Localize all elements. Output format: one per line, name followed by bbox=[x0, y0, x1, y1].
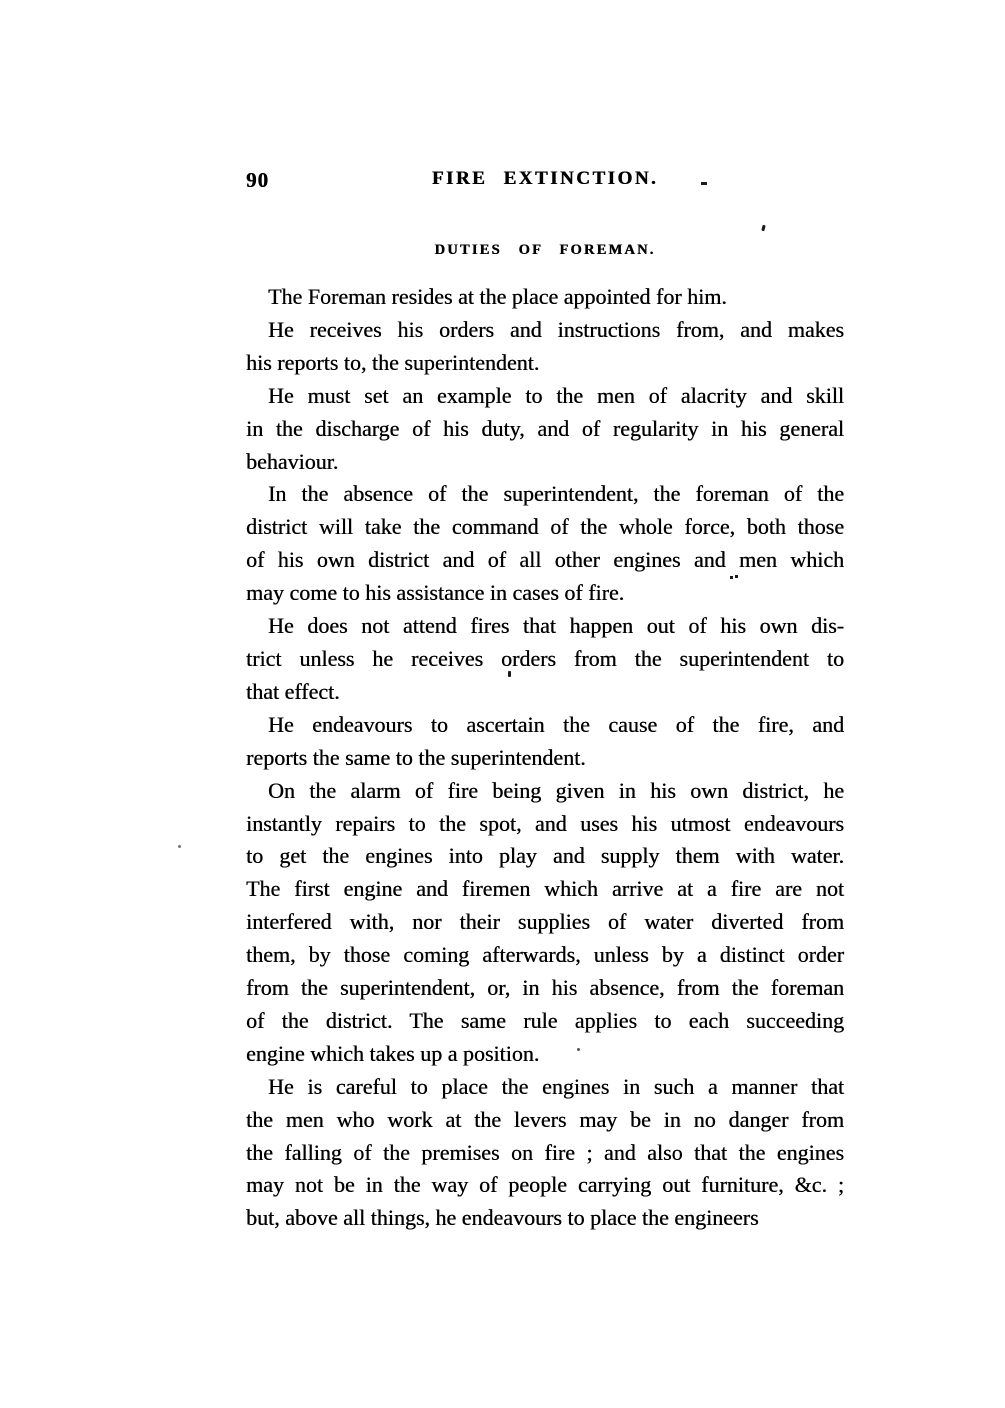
text-line: may not be in the way of people carrying… bbox=[246, 1169, 844, 1202]
text-line: district will take the command of the wh… bbox=[246, 511, 844, 544]
text-line: On the alarm of fire being given in his … bbox=[246, 775, 844, 808]
paragraph: The Foreman resides at the place appoint… bbox=[246, 281, 844, 314]
text-line: interfered with, nor their supplies of w… bbox=[246, 906, 844, 939]
text-line: in the discharge of his duty, and of reg… bbox=[246, 413, 844, 446]
text-line: He endeavours to ascertain the cause of … bbox=[246, 709, 844, 742]
text-line: them, by those coming afterwards, unless… bbox=[246, 939, 844, 972]
paragraph: In the absence of the superintendent, th… bbox=[246, 478, 844, 610]
paragraph: On the alarm of fire being given in his … bbox=[246, 775, 844, 1071]
text-line: He does not attend fires that happen out… bbox=[246, 610, 844, 643]
text-line: of his own district and of all other eng… bbox=[246, 544, 844, 577]
text-line: He must set an example to the men of ala… bbox=[246, 380, 844, 413]
paragraph: He does not attend fires that happen out… bbox=[246, 610, 844, 709]
text-line: reports the same to the superintendent. bbox=[246, 742, 844, 775]
text-line: but, above all things, he endeavours to … bbox=[246, 1202, 844, 1235]
text-line: may come to his assistance in cases of f… bbox=[246, 577, 844, 610]
section-heading: DUTIES OF FOREMAN. bbox=[246, 242, 844, 259]
book-page: 90 FIRE EXTINCTION. DUTIES OF FOREMAN. T… bbox=[0, 0, 1005, 1408]
text-line: In the absence of the superintendent, th… bbox=[246, 478, 844, 511]
text-line: The Foreman resides at the place appoint… bbox=[246, 281, 844, 314]
scan-speck bbox=[730, 576, 733, 579]
scan-speck bbox=[508, 671, 511, 677]
text-line: trict unless he receives orders from the… bbox=[246, 643, 844, 676]
text-line: engine which takes up a position. bbox=[246, 1038, 844, 1071]
text-line: his reports to, the superintendent. bbox=[246, 347, 844, 380]
scan-speck bbox=[761, 225, 765, 232]
running-header: FIRE EXTINCTION. bbox=[246, 168, 844, 190]
text-line: behaviour. bbox=[246, 446, 844, 479]
paragraph: He receives his orders and instructions … bbox=[246, 314, 844, 380]
scan-speck bbox=[178, 845, 181, 848]
paragraph: He is careful to place the engines in su… bbox=[246, 1071, 844, 1236]
text-line: The first engine and firemen which arriv… bbox=[246, 873, 844, 906]
scan-speck bbox=[577, 1048, 580, 1051]
scan-speck bbox=[701, 182, 707, 185]
text-line: the falling of the premises on fire ; an… bbox=[246, 1137, 844, 1170]
text-line: from the superintendent, or, in his abse… bbox=[246, 972, 844, 1005]
page-body: The Foreman resides at the place appoint… bbox=[246, 281, 844, 1235]
text-line: He is careful to place the engines in su… bbox=[246, 1071, 844, 1104]
text-line: instantly repairs to the spot, and uses … bbox=[246, 808, 844, 841]
text-line: that effect. bbox=[246, 676, 844, 709]
text-line: to get the engines into play and supply … bbox=[246, 840, 844, 873]
text-line: of the district. The same rule applies t… bbox=[246, 1005, 844, 1038]
paragraph: He must set an example to the men of ala… bbox=[246, 380, 844, 479]
paragraph: He endeavours to ascertain the cause of … bbox=[246, 709, 844, 775]
text-line: He receives his orders and instructions … bbox=[246, 314, 844, 347]
text-line: the men who work at the levers may be in… bbox=[246, 1104, 844, 1137]
